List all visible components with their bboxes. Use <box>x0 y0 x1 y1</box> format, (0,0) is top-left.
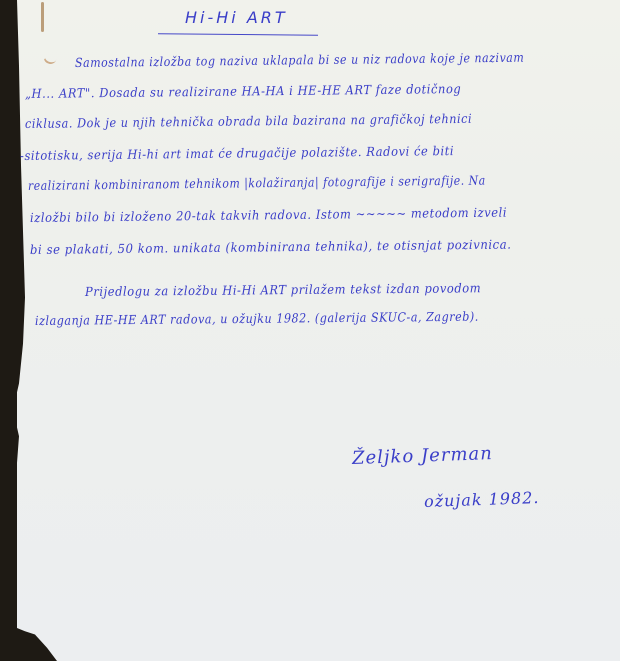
signature-date: ožujak 1982. <box>424 488 540 511</box>
staple-mark <box>41 2 44 32</box>
document-title: Hi-Hi ART <box>185 8 288 27</box>
